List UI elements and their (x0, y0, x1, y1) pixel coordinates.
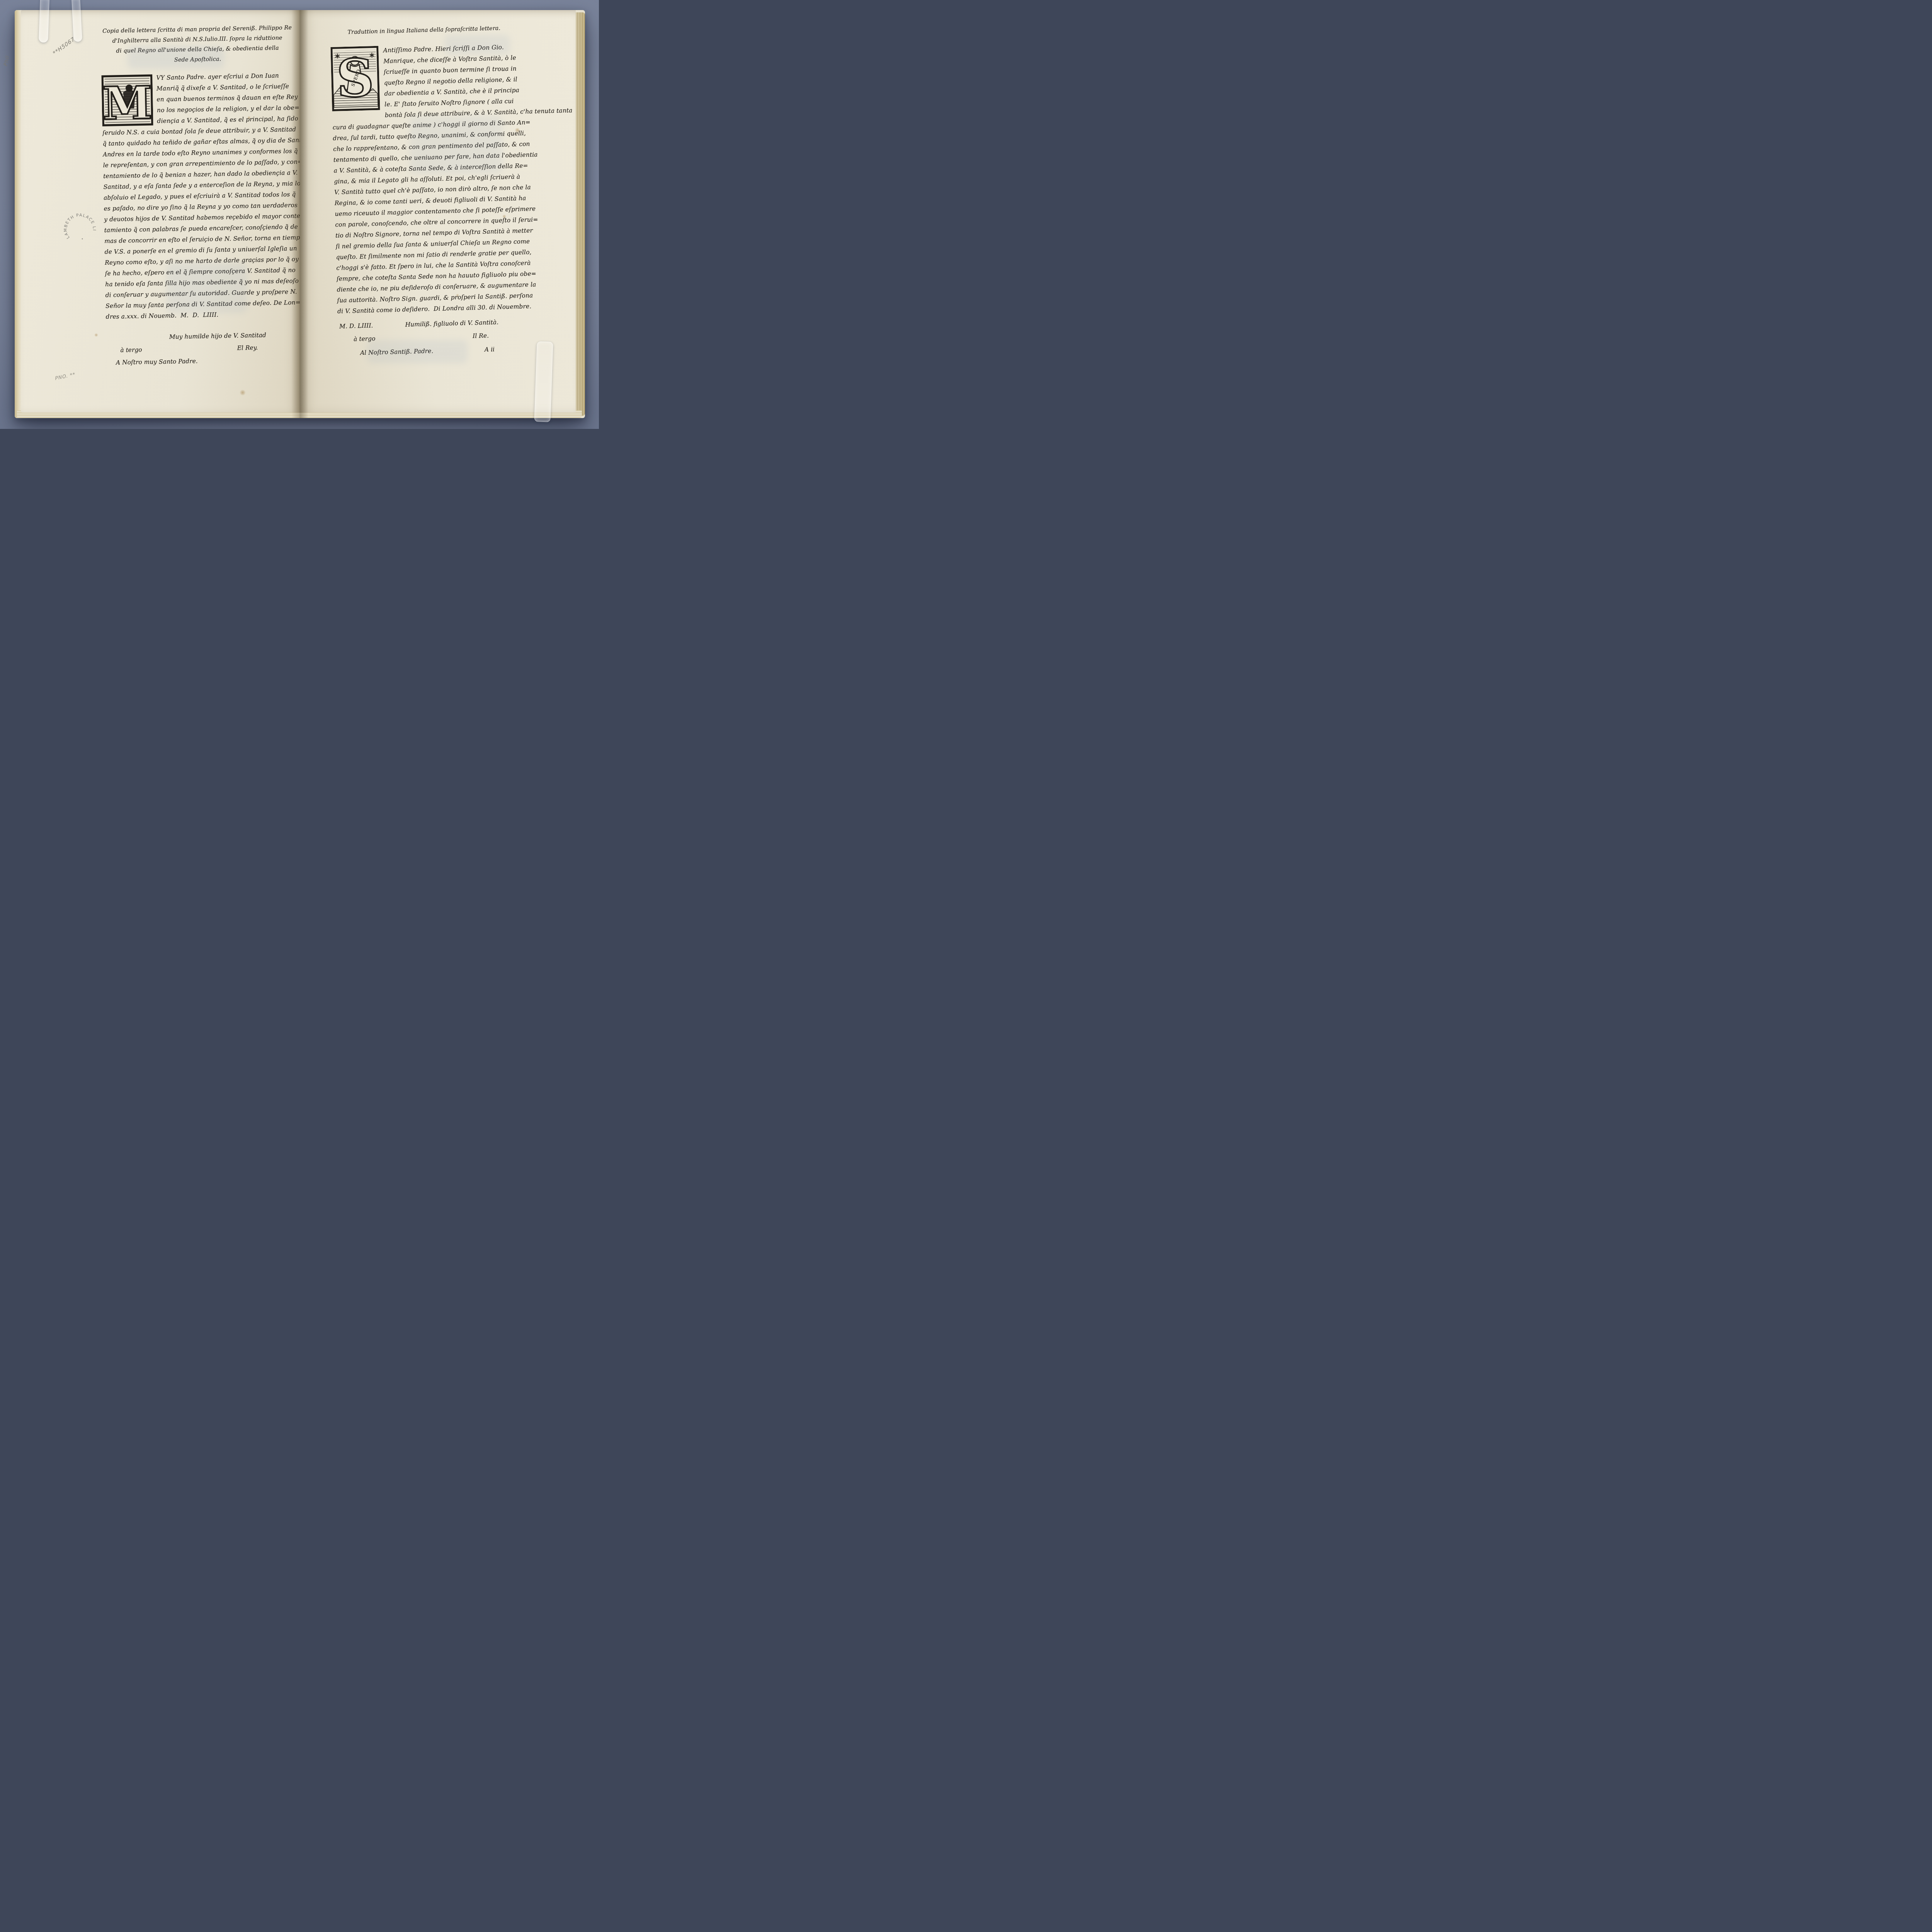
left-signature: El Rey. (237, 343, 258, 353)
woodcut-initial-m: M (101, 74, 153, 127)
foxing-spot (240, 389, 246, 396)
right-date-line: M. D. LIIII. (339, 320, 373, 331)
left-page-heading: Copia della lettera ſcritta di man propr… (100, 23, 294, 66)
plastic-page-clip (71, 0, 82, 42)
right-tergo-label: à tergo (354, 333, 376, 344)
left-address: A Noſtro muy Santo Padre. (116, 354, 300, 368)
woodcut-initial-s: S SPERO (330, 46, 380, 111)
left-valediction: Muy humilde hijo de V. Santitad (106, 330, 299, 343)
left-page: Copia della lettera ſcritta di man propr… (21, 10, 300, 413)
foxing-spot (247, 116, 251, 119)
foxing-spot (456, 294, 459, 297)
right-page-text-block: Traduttion in lingua Italiana della ſopr… (330, 23, 526, 358)
right-body-lines: bontà ſola ſi deue attribuire, & à V. Sa… (332, 106, 526, 317)
right-page-heading: Traduttion in lingua Italiana della ſopr… (330, 23, 518, 38)
right-address: Al Noſtro Santiß. Padre. (360, 346, 434, 358)
initial-letter-m: M (102, 77, 153, 127)
left-body-lines: ſeruido N.S. a cuia bontad ſola ſe deue … (102, 124, 299, 322)
fore-edge-right (576, 12, 585, 416)
vellum-cover-edge (15, 10, 21, 418)
plastic-page-weight (534, 341, 553, 422)
left-page-text-block: Copia della lettera ſcritta di man propr… (100, 23, 300, 368)
foxing-spot (502, 214, 506, 218)
left-tergo-label: à tergo (120, 345, 142, 355)
right-page-body: S SPERO Antiſſimo Padre. Hieri ſcriſſi a… (330, 41, 525, 316)
right-page: Traduttion in lingua Italiana della ſopr… (300, 10, 576, 413)
left-page-body: M VY Santo Padre. ayer eſcriui a Don Iua… (101, 70, 299, 322)
foxing-spot (94, 333, 98, 337)
plastic-page-clip (39, 0, 49, 43)
right-signature: Il Re. (473, 331, 489, 341)
right-valediction: Humiliß. figliuolo di V. Santità. (405, 317, 498, 330)
open-book: Copia della lettera ſcritta di man propr… (15, 10, 585, 418)
gathering-signature-mark: A ii (485, 344, 495, 355)
foxing-spot (515, 128, 520, 133)
handwritten-spine-note: Phil (3, 55, 10, 67)
photo-background: Copia della lettera ſcritta di man propr… (0, 0, 599, 429)
